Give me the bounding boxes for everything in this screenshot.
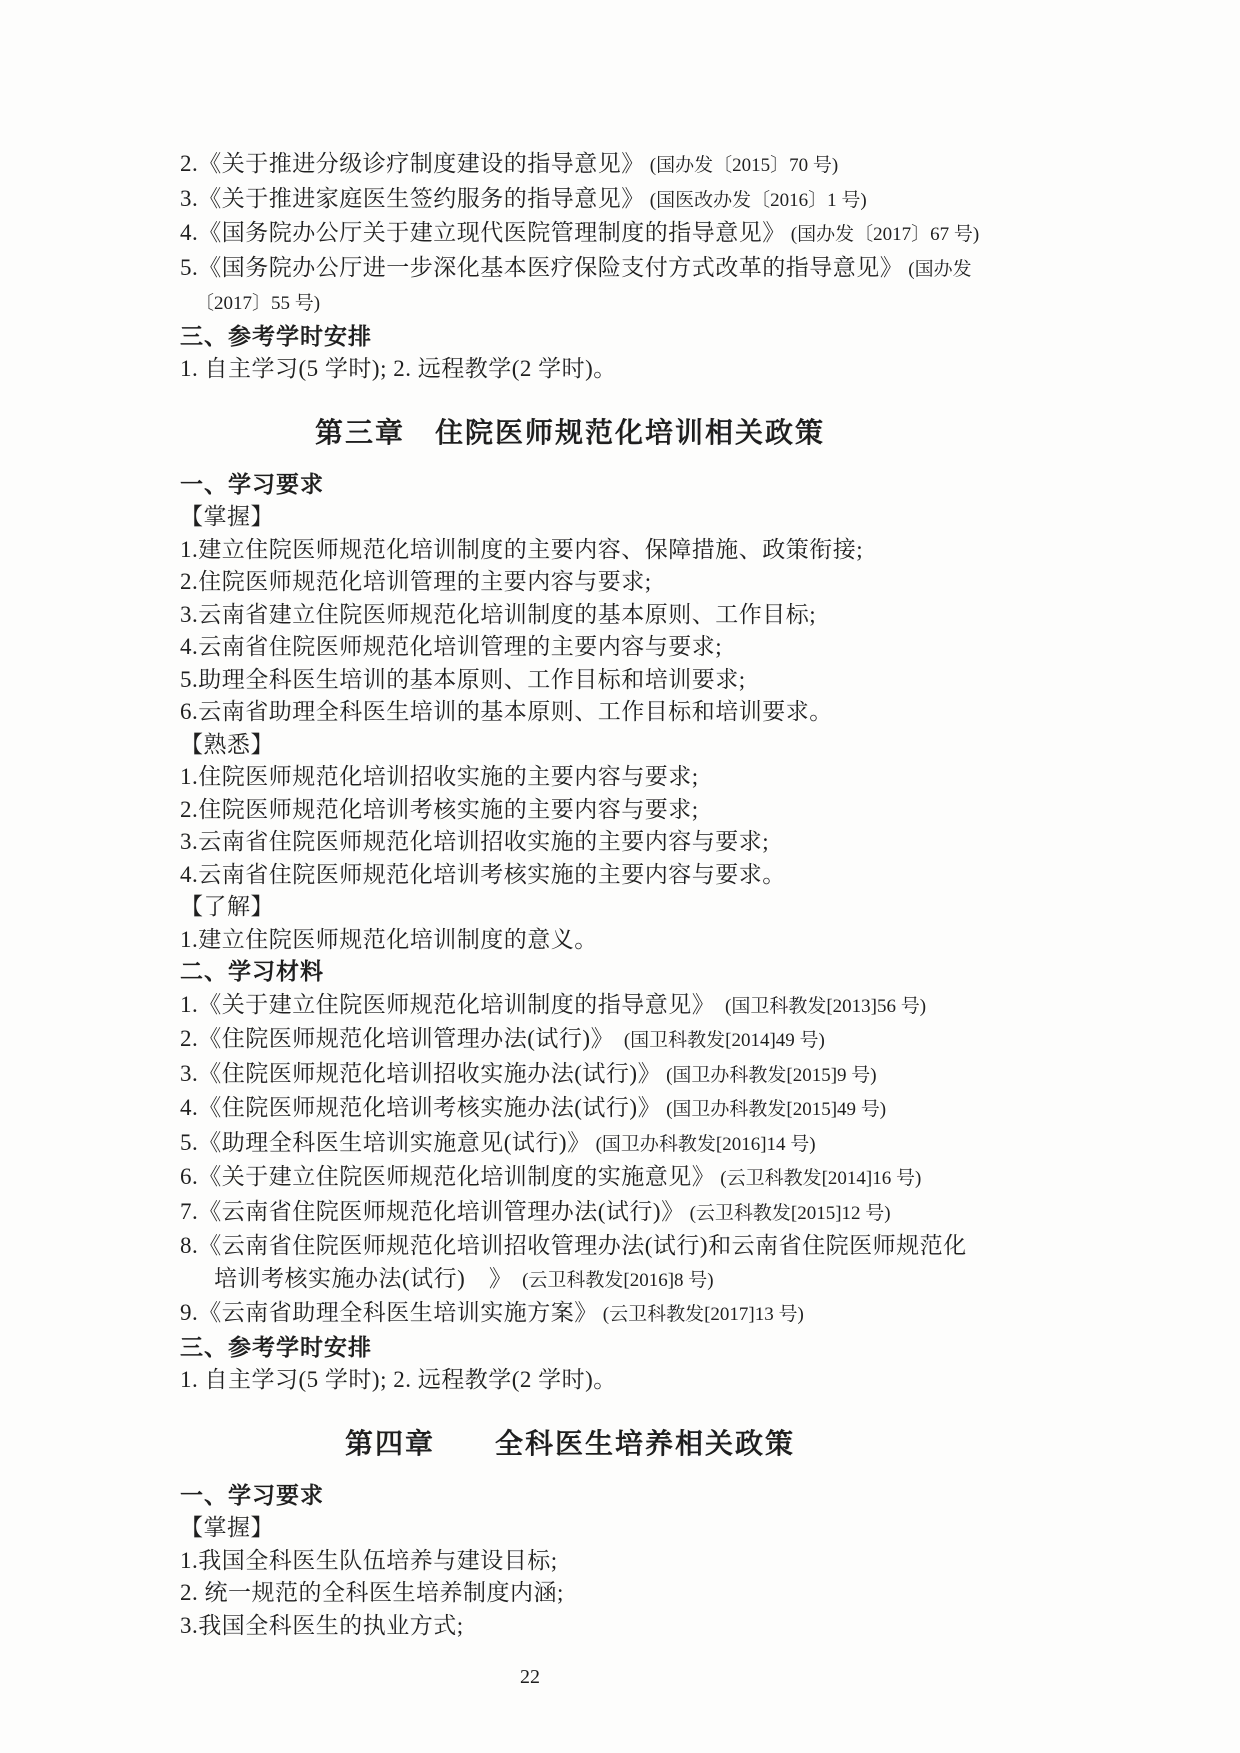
line-text: 二、学习材料 [180,959,324,984]
citation-text: (国办发 [908,259,971,280]
list-item: 9.《云南省助理全科医生培训实施方案》(云卫科教发[2017]13 号) [180,1297,1240,1332]
list-item: 6.云南省助理全科医生培训的基本原则、工作目标和培训要求。 [180,696,1240,729]
bracket-label: 【掌握】 [180,501,1240,534]
list-continuation: 培训考核实施办法(试行) 》 (云卫科教发[2016]8 号) [180,1263,1240,1298]
list-item: 2.《关于推进分级诊疗制度建设的指导意见》(国办发〔2015〕70 号) [180,148,1240,183]
line-text: 2.《住院医师规范化培训管理办法(试行)》 [180,1026,614,1051]
document-content: 2.《关于推进分级诊疗制度建设的指导意见》(国办发〔2015〕70 号)3.《关… [0,0,1240,1642]
section-label: 三、参考学时安排 [180,321,1240,354]
citation-text: (国办发〔2015〕70 号) [650,155,838,176]
citation-text: (国卫办科教发[2015]9 号) [666,1065,877,1086]
list-item: 2.住院医师规范化培训管理的主要内容与要求; [180,566,1240,599]
citation-text: 〔2017〕55 号) [195,293,320,314]
section-label: 三、参考学时安排 [180,1332,1240,1365]
line-text: 1.《关于建立住院医师规范化培训制度的指导意见》 [180,992,715,1017]
list-item: 1. 自主学习(5 学时); 2. 远程教学(2 学时)。 [180,1364,1240,1397]
line-text: 3.《关于推进家庭医生签约服务的指导意见》 [180,186,645,211]
line-text: 5.《国务院办公厅进一步深化基本医疗保险支付方式改革的指导意见》 [180,255,903,280]
chapter-heading: 第三章 住院医师规范化培训相关政策 [180,411,1240,457]
list-item: 7.《云南省住院医师规范化培训管理办法(试行)》(云卫科教发[2015]12 号… [180,1196,1240,1231]
line-text: 2.住院医师规范化培训考核实施的主要内容与要求; [180,797,699,822]
citation-text: (国卫办科教发[2016]14 号) [596,1134,816,1155]
citation-text: (国卫办科教发[2015]49 号) [666,1099,886,1120]
line-text: 4.《国务院办公厅关于建立现代医院管理制度的指导意见》 [180,220,786,245]
line-text: 1.建立住院医师规范化培训制度的意义。 [180,927,598,952]
citation-text: (国办发〔2017〕67 号) [791,224,979,245]
line-text: 【掌握】 [180,504,274,529]
list-item: 4.《国务院办公厅关于建立现代医院管理制度的指导意见》(国办发〔2017〕67 … [180,217,1240,252]
line-text: 第三章 住院医师规范化培训相关政策 [315,418,825,449]
citation-text: (国卫科教发[2013]56 号) [720,996,926,1017]
citation-text: (国卫科教发[2014]49 号) [619,1030,825,1051]
list-item: 3.云南省住院医师规范化培训招收实施的主要内容与要求; [180,826,1240,859]
list-item: 3.云南省建立住院医师规范化培训制度的基本原则、工作目标; [180,599,1240,632]
list-item: 5.助理全科医生培训的基本原则、工作目标和培训要求; [180,664,1240,697]
section-label: 一、学习要求 [180,1480,1240,1513]
line-text: 三、参考学时安排 [180,1335,372,1360]
page-number: 22 [0,1666,1240,1689]
line-text: 【了解】 [180,894,274,919]
line-text: 2.《关于推进分级诊疗制度建设的指导意见》 [180,151,645,176]
list-item: 4.云南省住院医师规范化培训考核实施的主要内容与要求。 [180,859,1240,892]
list-item: 1. 自主学习(5 学时); 2. 远程教学(2 学时)。 [180,353,1240,386]
line-text: 1.我国全科医生队伍培养与建设目标; [180,1548,558,1573]
list-item: 1.《关于建立住院医师规范化培训制度的指导意见》 (国卫科教发[2013]56 … [180,989,1240,1024]
list-item: 4.云南省住院医师规范化培训管理的主要内容与要求; [180,631,1240,664]
citation-text: (国医改办发〔2016〕1 号) [650,190,867,211]
section-label: 一、学习要求 [180,469,1240,502]
citation-text: (云卫科教发[2017]13 号) [603,1304,804,1325]
line-text: 2.住院医师规范化培训管理的主要内容与要求; [180,569,652,594]
section-label: 二、学习材料 [180,956,1240,989]
line-text: 1.建立住院医师规范化培训制度的主要内容、保障措施、政策衔接; [180,537,863,562]
list-item: 8.《云南省住院医师规范化培训招收管理办法(试行)和云南省住院医师规范化 [180,1230,1240,1263]
line-text: 4.《住院医师规范化培训考核实施办法(试行)》 [180,1095,661,1120]
line-text: 3.我国全科医生的执业方式; [180,1613,464,1638]
list-item: 1.建立住院医师规范化培训制度的主要内容、保障措施、政策衔接; [180,534,1240,567]
list-item: 6.《关于建立住院医师规范化培训制度的实施意见》(云卫科教发[2014]16 号… [180,1161,1240,1196]
bracket-label: 【了解】 [180,891,1240,924]
bracket-label: 【掌握】 [180,1512,1240,1545]
bracket-label: 【熟悉】 [180,729,1240,762]
line-text: 2. 统一规范的全科医生培养制度内涵; [180,1580,564,1605]
list-item: 4.《住院医师规范化培训考核实施办法(试行)》(国卫办科教发[2015]49 号… [180,1092,1240,1127]
chapter-heading: 第四章 全科医生培养相关政策 [180,1422,1240,1468]
line-text: 8.《云南省住院医师规范化培训招收管理办法(试行)和云南省住院医师规范化 [180,1233,967,1258]
line-text: 3.云南省建立住院医师规范化培训制度的基本原则、工作目标; [180,602,816,627]
list-item: 2. 统一规范的全科医生培养制度内涵; [180,1577,1240,1610]
citation-text: (云卫科教发[2016]8 号) [517,1270,713,1291]
citation-text: (云卫科教发[2014]16 号) [720,1168,921,1189]
line-text: 6.云南省助理全科医生培训的基本原则、工作目标和培训要求。 [180,699,833,724]
line-text: 1. 自主学习(5 学时); 2. 远程教学(2 学时)。 [180,356,617,381]
citation-text: (云卫科教发[2015]12 号) [690,1203,891,1224]
line-text: 一、学习要求 [180,1483,324,1508]
list-item: 5.《助理全科医生培训实施意见(试行)》(国卫办科教发[2016]14 号) [180,1127,1240,1162]
scanned-document-page: 2.《关于推进分级诊疗制度建设的指导意见》(国办发〔2015〕70 号)3.《关… [0,0,1240,1753]
line-text: 【熟悉】 [180,732,274,757]
line-text: 培训考核实施办法(试行) 》 [214,1266,512,1291]
list-item: 1.住院医师规范化培训招收实施的主要内容与要求; [180,761,1240,794]
list-item: 2.住院医师规范化培训考核实施的主要内容与要求; [180,794,1240,827]
list-item: 2.《住院医师规范化培训管理办法(试行)》 (国卫科教发[2014]49 号) [180,1023,1240,1058]
line-text: 一、学习要求 [180,472,324,497]
line-text: 4.云南省住院医师规范化培训考核实施的主要内容与要求。 [180,862,786,887]
line-text: 6.《关于建立住院医师规范化培训制度的实施意见》 [180,1164,715,1189]
line-text: 1.住院医师规范化培训招收实施的主要内容与要求; [180,764,699,789]
line-text: 3.《住院医师规范化培训招收实施办法(试行)》 [180,1061,661,1086]
list-item: 3.《住院医师规范化培训招收实施办法(试行)》(国卫办科教发[2015]9 号) [180,1058,1240,1093]
line-text: 7.《云南省住院医师规范化培训管理办法(试行)》 [180,1199,685,1224]
line-text: 3.云南省住院医师规范化培训招收实施的主要内容与要求; [180,829,769,854]
line-text: 1. 自主学习(5 学时); 2. 远程教学(2 学时)。 [180,1367,617,1392]
line-text: 第四章 全科医生培养相关政策 [345,1429,795,1460]
line-text: 【掌握】 [180,1515,274,1540]
line-text: 5.助理全科医生培训的基本原则、工作目标和培训要求; [180,667,746,692]
list-item: 5.《国务院办公厅进一步深化基本医疗保险支付方式改革的指导意见》(国办发 [180,252,1240,287]
list-item: 1.建立住院医师规范化培训制度的意义。 [180,924,1240,957]
line-text: 9.《云南省助理全科医生培训实施方案》 [180,1300,598,1325]
list-item: 1.我国全科医生队伍培养与建设目标; [180,1545,1240,1578]
list-item: 3.我国全科医生的执业方式; [180,1610,1240,1643]
citation-continuation: 〔2017〕55 号) [180,286,1240,321]
line-text: 5.《助理全科医生培训实施意见(试行)》 [180,1130,591,1155]
line-text: 三、参考学时安排 [180,324,372,349]
list-item: 3.《关于推进家庭医生签约服务的指导意见》(国医改办发〔2016〕1 号) [180,183,1240,218]
line-text: 4.云南省住院医师规范化培训管理的主要内容与要求; [180,634,722,659]
